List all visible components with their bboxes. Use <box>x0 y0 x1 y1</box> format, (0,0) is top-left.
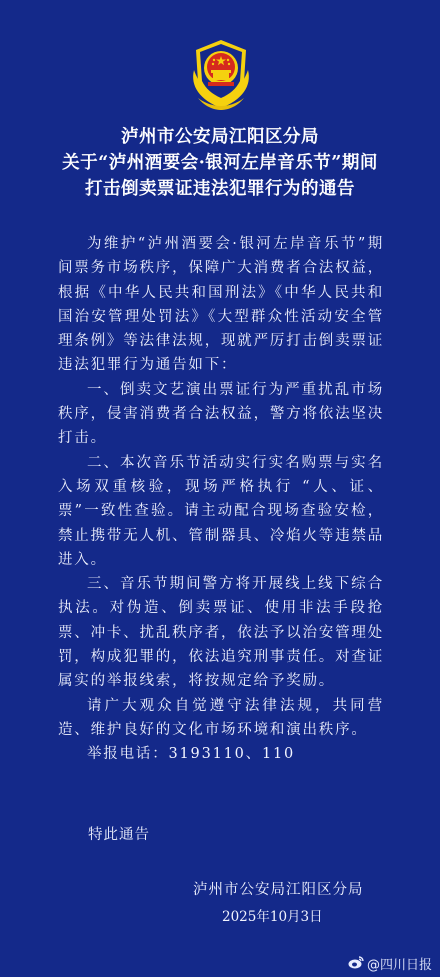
item-2-paragraph: 二、本次音乐节活动实行实名购票与实名入场双重核验，现场严格执行 “人、证、票”一… <box>58 451 384 572</box>
notice-body: 为维护“泸州酒要会·银河左岸音乐节”期间票务市场秩序，保障广大消费者合法权益，根… <box>58 232 384 767</box>
weibo-icon <box>348 955 364 973</box>
title-line-2: 关于“泸州酒要会·银河左岸音乐节”期间 <box>0 150 440 176</box>
title-line-3: 打击倒卖票证违法犯罪行为的通告 <box>0 176 440 202</box>
intro-paragraph: 为维护“泸州酒要会·银河左岸音乐节”期间票务市场秩序，保障广大消费者合法权益，根… <box>58 232 384 378</box>
appeal-paragraph: 请广大观众自觉遵守法律法规，共同营造、维护良好的文化市场环境和演出秩序。 <box>58 694 384 743</box>
title-line-1: 泸州市公安局江阳区分局 <box>0 124 440 150</box>
watermark-text: @四川日报 <box>367 954 432 973</box>
watermark: @四川日报 <box>348 954 432 973</box>
hotline-text: 举报电话：3193110、110 <box>58 742 384 766</box>
notice-page: 泸州市公安局江阳区分局 关于“泸州酒要会·银河左岸音乐节”期间 打击倒卖票证违法… <box>0 0 440 977</box>
notice-title: 泸州市公安局江阳区分局 关于“泸州酒要会·银河左岸音乐节”期间 打击倒卖票证违法… <box>0 124 440 202</box>
signature-org: 泸州市公安局江阳区分局 <box>193 878 364 899</box>
closing-text: 特此通告 <box>88 823 150 844</box>
item-3-paragraph: 三、音乐节期间警方将开展线上线下综合执法。对伪造、倒卖票证、使用非法手段抢票、冲… <box>58 572 384 693</box>
item-1-paragraph: 一、倒卖文艺演出票证行为严重扰乱市场秩序，侵害消费者合法权益，警方将依法坚决打击… <box>58 378 384 451</box>
signature-date: 2025年10月3日 <box>222 905 323 925</box>
police-emblem-icon <box>186 38 256 112</box>
